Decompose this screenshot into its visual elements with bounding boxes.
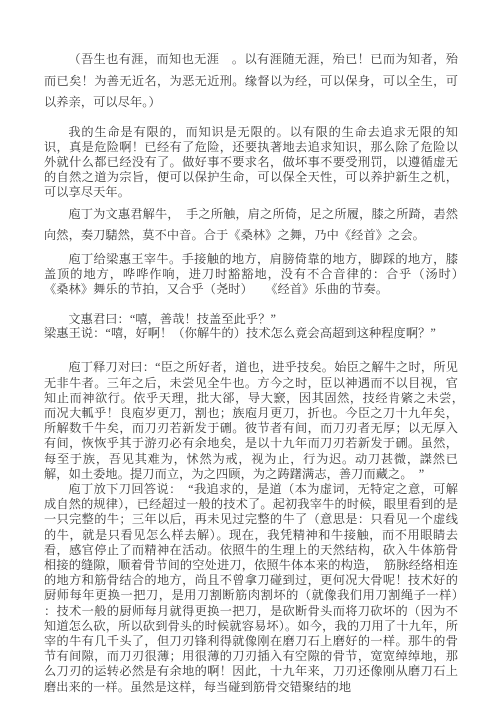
para-yangsheng-original: （吾生也有涯，而知也无涯 。以有涯随无涯，殆已！已而为知者，殆而已矣！为善无近名… <box>44 49 458 114</box>
para-paoding-original: 庖丁为文惠君解牛， 手之所触，肩之所倚，足之所履，膝之所踦，砉然向然，奏刀騞然，… <box>44 204 458 247</box>
para-lianghuiwang-quote-translation: 梁惠王说：“嘻，好啊！（你解牛的）技术怎么竟会高超到这种程度啊？” <box>44 327 458 341</box>
para-yangsheng-translation: 我的生命是有限的，而知识是无限的。以有限的生命去追求无限的知识，真是危险啊！已经… <box>44 125 458 201</box>
para-wenhuijun-quote-original: 文惠君曰：“嘻，善哉！技盖至此乎？” <box>44 313 458 327</box>
para-paoding-translation: 庖丁给梁惠王宰牛。手接触的地方，肩膀倚靠的地方，脚踩的地方，膝盖顶的地方，哗哗作… <box>44 252 458 298</box>
para-paoding-reply-translation: 庖丁放下刀回答说： “我追求的，是道（本为虚词，无特定之意，可解成自然的规律），… <box>44 482 458 695</box>
para-paoding-reply-original: 庖丁释刀对曰：“臣之所好者，道也，进乎技矣。始臣之解牛之时，所见无非牛者。三年之… <box>44 360 458 482</box>
document-page: （吾生也有涯，而知也无涯 。以有涯随无涯，殆已！已而为知者，殆而已矣！为善无近名… <box>0 0 500 708</box>
